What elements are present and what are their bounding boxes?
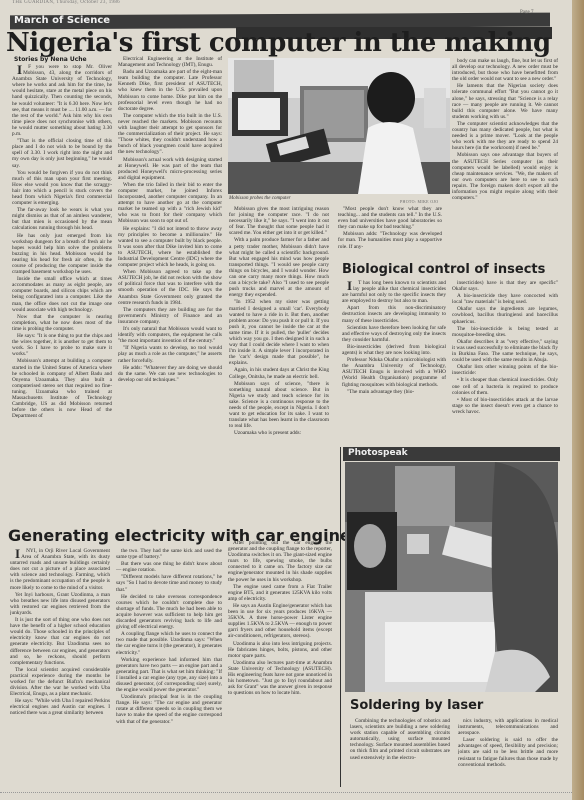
engines-paragraph: It is just the sort of thing one who doe… xyxy=(10,617,110,666)
engines-paragraph: A coupling flange which he uses to conne… xyxy=(116,631,222,655)
engines-paragraph: He says: "While with Uba I repaired Perk… xyxy=(10,698,110,716)
laser-headline: Soldering by laser xyxy=(350,698,483,713)
lead-paragraph: You would be forgiven if you do not thin… xyxy=(12,170,112,207)
bio-paragraph: Scientists have therefore been looking f… xyxy=(342,325,446,343)
lead-paragraph: The computer which the trio built in the… xyxy=(118,113,222,156)
lead-column-5: body can make us laugh, fine, but let us… xyxy=(452,58,558,258)
lead-paragraph: "If Nigeria wants to develop, no tool wo… xyxy=(118,345,222,363)
lead-paragraph: Mobisson says of science, "there is some… xyxy=(229,381,329,430)
lead-paragraph: Mobisson gives the most intriguing reaso… xyxy=(229,206,329,236)
engines-paragraph: But there was one thing he didn't know a… xyxy=(116,561,222,573)
lead-paragraph: Badu and Uzoamaka are part of the eight-… xyxy=(118,69,222,112)
bio-paragraph: insecticides) have is that they are spec… xyxy=(452,280,558,292)
lead-paragraph: The far-away look he wears is what you m… xyxy=(12,207,112,231)
masthead: THE GUARDIAN, Thursday, October 23, 1986 xyxy=(12,0,120,5)
engines-paragraph: The local scientist acquired considerabl… xyxy=(10,667,110,697)
photo-credit: PHOTO: MIKE OJO xyxy=(400,199,438,204)
lead-paragraph: Now that the computer is nearing complet… xyxy=(12,314,112,332)
section-label: March of Science xyxy=(14,15,110,26)
engines-paragraph: Uzodinma also lectures part-time at Anam… xyxy=(228,660,332,697)
paper-edge xyxy=(572,0,584,800)
laser-paragraph: Laser soldering is said to offer the adv… xyxy=(458,737,558,767)
lead-paragraph: The computers they are building are for … xyxy=(118,307,222,325)
lead-paragraph: When the trio failed in their bid to ent… xyxy=(118,182,222,225)
lead-column-2: Electrical Engineering at the Institute … xyxy=(118,56,222,450)
lead-column-4: "Most people don't know what they are te… xyxy=(338,206,442,256)
lead-column-3: Mobisson gives the most intriguing reaso… xyxy=(229,206,329,448)
bio-paragraph: Okafor describes it as "very effective,"… xyxy=(452,339,558,363)
photo-illustration xyxy=(228,58,450,194)
lead-paragraph: IF you were to stop Mr. Oliver Mobisson,… xyxy=(12,64,112,137)
engines-paragraph: "Different models have different rotatio… xyxy=(116,574,222,592)
lead-paragraph: Mobisson's attempt at building a compute… xyxy=(12,358,112,419)
lead-headline: Nigeria's first computer in the making xyxy=(6,28,551,58)
bio-paragraph: Apart from this non-discriminatory destr… xyxy=(342,305,446,323)
bio-column-2: insecticides) have is that they are spec… xyxy=(452,280,558,444)
bio-paragraph: A bio-insecticide they have concocted wi… xyxy=(452,293,558,305)
engines-column-1: INYI, in Orji River Local Government Are… xyxy=(10,548,110,793)
lead-paragraph: Mobisson says one advantage that buyers … xyxy=(452,152,558,201)
column-rule xyxy=(340,447,341,787)
engines-paragraph: the two. They had the same kick and used… xyxy=(116,548,222,560)
engines-column-2: the two. They had the same kick and used… xyxy=(116,548,222,793)
lead-paragraph: "Most people don't know what they are te… xyxy=(338,206,442,230)
lead-paragraph: "In 1952 when my sister was getting marr… xyxy=(229,299,329,366)
engines-paragraph: INYI, in Orji River Local Government Are… xyxy=(10,548,110,591)
bio-paragraph: Bio-insecticides (derived from biologica… xyxy=(342,344,446,356)
bio-paragraph: Okafor says the ingredients are legumes,… xyxy=(452,306,558,324)
bio-paragraph: Okafor lists other winning points of the… xyxy=(452,364,558,376)
lead-paragraph: He explains: "I did not intend to throw … xyxy=(118,226,222,269)
bio-headline: Biological control of insects xyxy=(342,262,545,277)
engines-column-3: After pointing out the car engine, the g… xyxy=(228,540,332,790)
engines-paragraph: Yet Inyi harbours, Grant Uzodinma, a man… xyxy=(10,592,110,616)
engines-paragraph: The engine used came from a Fiat Trailer… xyxy=(228,584,332,602)
lead-paragraph: The computer scientist acknowledges that… xyxy=(452,121,558,151)
photo-caption: Mobisson probes the computer xyxy=(229,196,291,201)
bio-paragraph: "The main advantage they (bio- xyxy=(342,389,446,395)
laser-column-2: nics industry, with applications in medi… xyxy=(458,718,558,790)
bio-paragraph: Professor Nduka Okafor a microbiologist … xyxy=(342,357,446,387)
page-number: Page 7 xyxy=(520,10,533,15)
lead-paragraph: Mobisson adds: "Technology was developed… xyxy=(338,231,442,249)
lead-paragraph: When Mobisson agreed to take up the ASUT… xyxy=(118,269,222,306)
lead-paragraph: Mobisson's actual work with designing st… xyxy=(118,157,222,181)
lead-column-1: IF you were to stop Mr. Oliver Mobisson,… xyxy=(12,64,112,452)
laser-paragraph: nics industry, with applications in medi… xyxy=(458,718,558,736)
lead-paragraph: He has only just emerged from his worksh… xyxy=(12,233,112,276)
lead-paragraph: He says: "It is one thing to put the chi… xyxy=(12,333,112,357)
lead-paragraph: Again, in his student days at Christ the… xyxy=(229,367,329,379)
engines-paragraph: He decided to take overseas corresponden… xyxy=(116,594,222,631)
lead-paragraph: He laments that the Nigerian society doe… xyxy=(452,83,558,120)
lead-paragraph: Inside the small office which at times a… xyxy=(12,276,112,313)
lead-paragraph: Electrical Engineering at the Institute … xyxy=(118,56,222,68)
laser-paragraph: Combining the technologies of robotics a… xyxy=(350,718,450,761)
bio-column-1: IT has long been known to scientists and… xyxy=(342,280,446,444)
page-bottom-edge xyxy=(0,792,572,794)
bio-paragraph: The bio-insecticide is being tested at m… xyxy=(452,326,558,338)
engines-paragraph: Uzodinma is also into less intriguing pr… xyxy=(228,641,332,659)
photospeak-label: Photospeak xyxy=(348,448,408,458)
laser-column-1: Combining the technologies of robotics a… xyxy=(350,718,450,790)
lead-paragraph: He adds: "Whatever they are doing we sho… xyxy=(118,365,222,383)
lead-paragraph: body can make us laugh, fine, but let us… xyxy=(452,58,558,82)
lead-paragraph: "That is the official closing time of th… xyxy=(12,138,112,168)
bio-paragraph: • Most of bio-insecticides attack at the… xyxy=(452,397,558,415)
lead-paragraph: Uzoamaka who is present adds: xyxy=(229,430,329,436)
bio-paragraph: IT has long been known to scientists and… xyxy=(342,280,446,304)
engines-paragraph: Uzodinma's principal feat is in the coup… xyxy=(116,694,222,724)
engines-paragraph: After pointing out the car engine, the g… xyxy=(228,540,332,583)
computer-photo xyxy=(228,58,450,194)
lead-paragraph: With a palm produce farmer for a father … xyxy=(229,237,329,298)
laser-photo xyxy=(345,462,558,692)
lead-paragraph: It's only natural that Mobisson would wa… xyxy=(118,326,222,344)
laser-photo-illustration xyxy=(345,462,558,692)
bio-paragraph: • It is cheaper than chemical insecticid… xyxy=(452,377,558,395)
engines-paragraph: Working experience had informed him that… xyxy=(116,657,222,694)
byline: Stories by Nena Uche xyxy=(14,56,87,63)
engines-paragraph: He says an Austin Engine/generator which… xyxy=(228,603,332,640)
newspaper-page: THE GUARDIAN, Thursday, October 23, 1986… xyxy=(0,0,572,800)
